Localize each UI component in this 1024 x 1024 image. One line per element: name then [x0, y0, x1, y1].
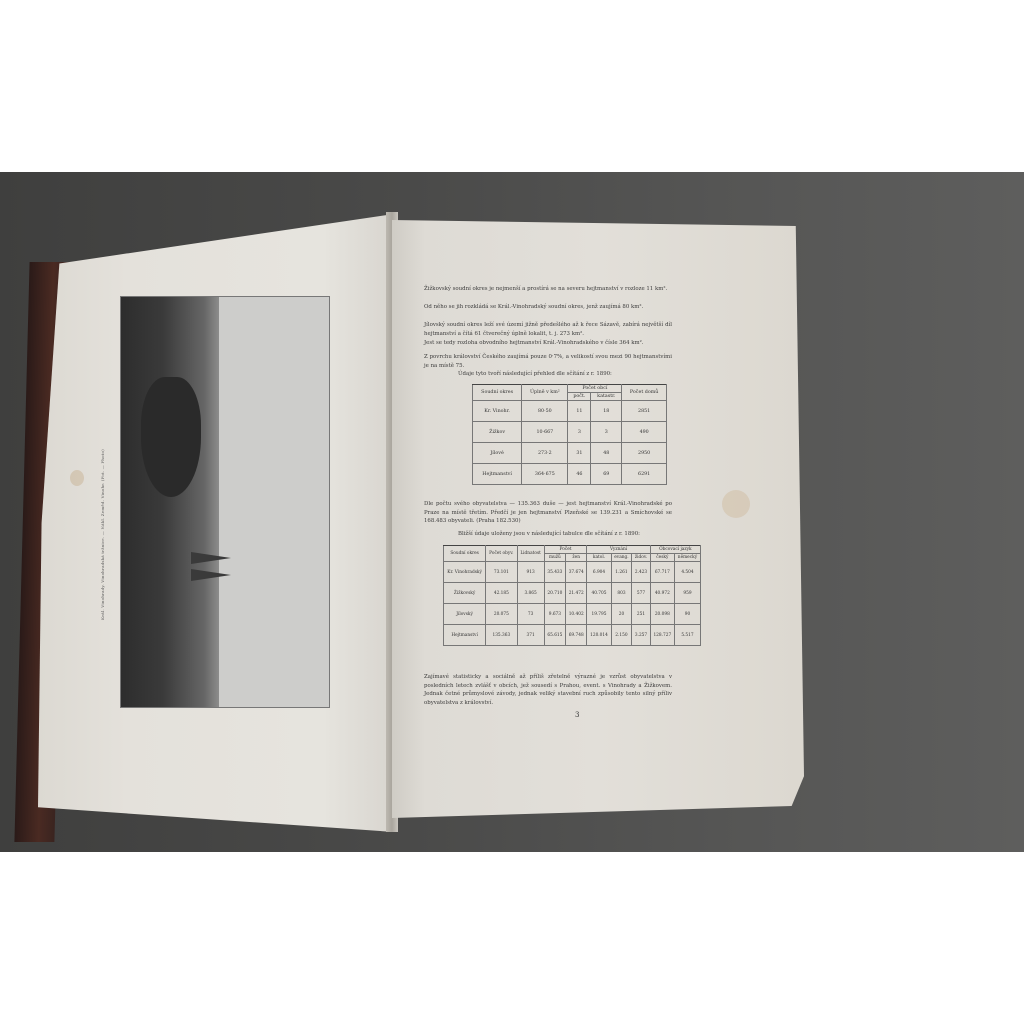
table-cell: 2.423 — [632, 562, 650, 583]
table-cell: 46 — [568, 464, 591, 485]
table-cell: 10·667 — [522, 422, 568, 443]
table-cell: 6291 — [622, 464, 667, 485]
table-cell: Hejtmanství — [444, 625, 486, 646]
table-cell: 135.363 — [486, 625, 517, 646]
table-cell: 20.075 — [486, 604, 517, 625]
table-cell: 20 — [611, 604, 632, 625]
table-cell: 1.261 — [611, 562, 632, 583]
table-cell: 40.705 — [587, 583, 611, 604]
table-cell: 3 — [568, 422, 591, 443]
table-cell: Hejtmanství — [473, 464, 522, 485]
table-cell: Žižkovský — [444, 583, 486, 604]
table-cell: 2950 — [622, 443, 667, 464]
table-header: Počet domů — [622, 385, 667, 401]
table-row: Kr. Vinohradský73.10191335.43337.6746.90… — [444, 562, 701, 583]
table-cell: 3.865 — [517, 583, 544, 604]
table-row: Jílové273·231482950 — [473, 443, 667, 464]
table-cell: 913 — [517, 562, 544, 583]
table-cell: 31 — [568, 443, 591, 464]
paragraph-3: Jílovský soudní okres leží své území již… — [424, 321, 672, 338]
table-header: Počet obcí — [568, 385, 622, 393]
table-cell: 11 — [568, 401, 591, 422]
table-header: Soudní okres — [473, 385, 522, 401]
table-cell: Kr. Vinohr. — [473, 401, 522, 422]
table-subheader: katastr. — [591, 393, 622, 401]
plate-caption: Král. Vinohrady. Vinohradská tržnice. — … — [100, 300, 112, 620]
table-row: Kr. Vinohr.80·5011182851 — [473, 401, 667, 422]
table-header: Obcovací jazyk — [650, 546, 700, 554]
paragraph-6: Údaje tyto tvoří následující přehled dle… — [458, 370, 706, 379]
table-row: Žižkovský42.1853.86520.71021.47240.70580… — [444, 583, 701, 604]
paragraph-2: Od něho se jih rozkládá se Král.-Vinohra… — [424, 303, 672, 312]
table-cell: 69.748 — [566, 625, 587, 646]
table-header: Lidnatost — [517, 546, 544, 562]
plate-spire — [191, 569, 231, 581]
table-cell: 10.402 — [566, 604, 587, 625]
table-cell: 20.710 — [544, 583, 565, 604]
table-cell: 67.717 — [650, 562, 674, 583]
table-cell: Jílovský — [444, 604, 486, 625]
table-subheader: židov. — [632, 554, 650, 562]
table-cell: 4.504 — [674, 562, 700, 583]
table-subheader: mužů — [544, 554, 565, 562]
table-cell: 35.433 — [544, 562, 565, 583]
table-cell: 42.185 — [486, 583, 517, 604]
table-cell: 364·675 — [522, 464, 568, 485]
table-subheader: český — [650, 554, 674, 562]
table-cell: 3.257 — [632, 625, 650, 646]
table-header: Počet obyv. — [486, 546, 517, 562]
table-cell: 2.150 — [611, 625, 632, 646]
paragraph-7: Dle počtu svého obyvatelstva — 135.363 d… — [424, 500, 672, 526]
table-cell: 5.517 — [674, 625, 700, 646]
table-cell: 120.014 — [587, 625, 611, 646]
table-population: Soudní okres Počet obyv. Lidnatost Počet… — [443, 545, 701, 646]
table-subheader: evang. — [611, 554, 632, 562]
plate-park — [141, 377, 201, 497]
table-cell: 6.904 — [587, 562, 611, 583]
table-header: Soudní okres — [444, 546, 486, 562]
table-cell: 371 — [517, 625, 544, 646]
table-cell: 490 — [622, 422, 667, 443]
table-cell: 803 — [611, 583, 632, 604]
table-cell: 577 — [632, 583, 650, 604]
paragraph-1: Žižkovský soudní okres je nejmenší a pro… — [424, 285, 672, 294]
table-cell: 3 — [591, 422, 622, 443]
table-row: Žižkov10·66733490 — [473, 422, 667, 443]
table-cell: 48 — [591, 443, 622, 464]
table-header: Počet — [544, 546, 587, 554]
table-districts: Soudní okres Úplně v km² Počet obcí Poče… — [472, 384, 667, 485]
paragraph-9: Zajímavé statisticky a sociálně až příli… — [424, 673, 672, 707]
paper-stain — [722, 490, 750, 518]
table-cell: 37.674 — [566, 562, 587, 583]
table-subheader: německý — [674, 554, 700, 562]
table-subheader: katol. — [587, 554, 611, 562]
table-cell: 128.727 — [650, 625, 674, 646]
table-row: Jílovský20.075739.67310.40219.7952025120… — [444, 604, 701, 625]
table-cell: 80·50 — [522, 401, 568, 422]
table-row: Hejtmanství364·67546696291 — [473, 464, 667, 485]
table-cell: 73.101 — [486, 562, 517, 583]
table-cell: 959 — [674, 583, 700, 604]
table-row: Hejtmanství135.36337165.61569.748120.014… — [444, 625, 701, 646]
table-cell: 2851 — [622, 401, 667, 422]
page-number: 3 — [575, 711, 579, 719]
table-cell: Jílové — [473, 443, 522, 464]
table-cell: 69 — [591, 464, 622, 485]
table-cell: 40.972 — [650, 583, 674, 604]
table-subheader: žen — [566, 554, 587, 562]
photo-plate — [120, 296, 330, 708]
table-cell: 18 — [591, 401, 622, 422]
paper-stain — [70, 470, 84, 486]
paragraph-8: Bližší údaje uloženy jsou v následující … — [458, 530, 706, 539]
table-cell: 9.673 — [544, 604, 565, 625]
table-cell: Kr. Vinohradský — [444, 562, 486, 583]
table-cell: 65.615 — [544, 625, 565, 646]
table-header: Vyznání — [587, 546, 650, 554]
table-subheader: počt. — [568, 393, 591, 401]
table-cell: 251 — [632, 604, 650, 625]
table-cell: 273·2 — [522, 443, 568, 464]
table-cell: 21.472 — [566, 583, 587, 604]
table-cell: 20.098 — [650, 604, 674, 625]
paragraph-5: Z povrchu království Českého zaujímá pou… — [424, 353, 672, 370]
plate-sky — [219, 297, 329, 707]
paragraph-4: Jest se tedy rozloha obvodního hejtmanst… — [424, 339, 672, 348]
table-cell: Žižkov — [473, 422, 522, 443]
table-cell: 90 — [674, 604, 700, 625]
table-cell: 73 — [517, 604, 544, 625]
table-header: Úplně v km² — [522, 385, 568, 401]
plate-spire — [191, 552, 231, 564]
table-cell: 19.795 — [587, 604, 611, 625]
